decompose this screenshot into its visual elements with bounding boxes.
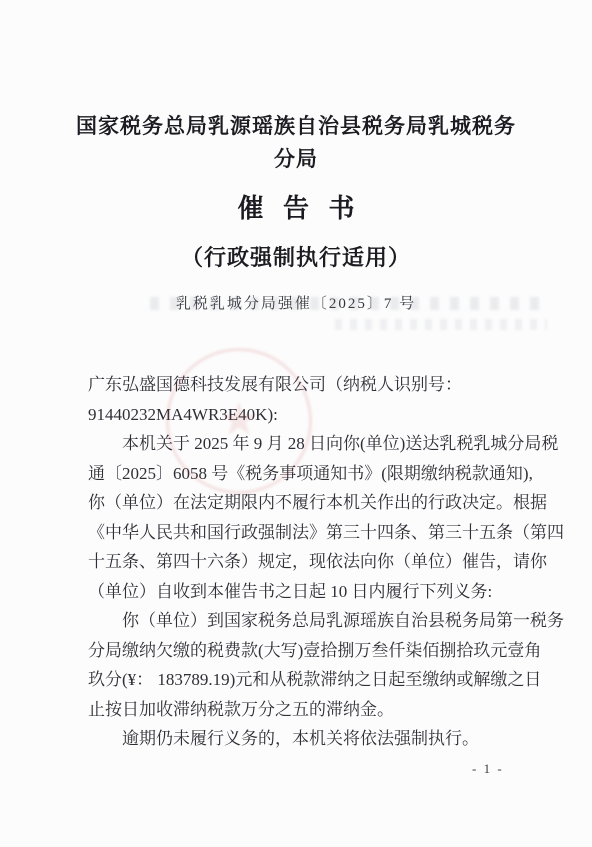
agency-name: 国家税务总局乳源瑶族自治县税务局乳城税务 分局 [0,110,592,176]
body-line: 分局缴纳欠缴的税费款(大写)壹拾捌万叁仟柒佰捌拾玖元壹角 [88,636,504,666]
document-number: 乳税乳城分局强催〔2025〕7 号 [0,292,592,313]
body-line: 逾期仍未履行义务的，本机关将依法强制执行。 [88,724,504,754]
agency-name-line2: 分局 [0,143,592,176]
body-line: 91440232MA4WR3E40K): [88,400,504,430]
agency-name-line1: 国家税务总局乳源瑶族自治县税务局乳城税务 [0,110,592,143]
body-line: （单位）自收到本催告书之日起 10 日内履行下列义务: [88,577,504,607]
body-line: 十五条、第四十六条）规定，现依法向你（单位）催告，请你 [88,547,504,577]
body-line: 你（单位）在法定期限内不履行本机关作出的行政决定。根据 [88,488,504,518]
bleed-through-artifact [335,319,547,330]
document-type-note: （行政强制执行适用） [0,241,592,272]
body-line: 《中华人民共和国行政强制法》第三十四条、第三十五条（第四 [88,518,504,548]
document-page: ★ 国家税务总局乳源瑶族自治县税务局乳城税务 分局 催告书 （行政强制执行适用）… [0,0,592,847]
document-body: 广东弘盛国德科技发展有限公司（纳税人识别号： 91440232MA4WR3E40… [88,370,504,754]
body-line: 本机关于 2025 年 9 月 28 日向你(单位)送达乳税乳城分局税 [88,429,504,459]
body-line: 通〔2025〕6058 号《税务事项通知书》(限期缴纳税款通知), [88,459,504,489]
document-header: 国家税务总局乳源瑶族自治县税务局乳城税务 分局 催告书 （行政强制执行适用） 乳… [0,0,592,313]
page-number: - 1 - [472,761,504,777]
body-line: 止按日加收滞纳税款万分之五的滞纳金。 [88,695,504,725]
document-title: 催告书 [0,188,592,225]
body-line: 玖分(¥： 183789.19)元和从税款滞纳之日起至缴纳或解缴之日 [88,665,504,695]
body-line: 广东弘盛国德科技发展有限公司（纳税人识别号： [88,370,504,400]
body-line: 你（单位）到国家税务总局乳源瑶族自治县税务局第一税务 [88,606,504,636]
